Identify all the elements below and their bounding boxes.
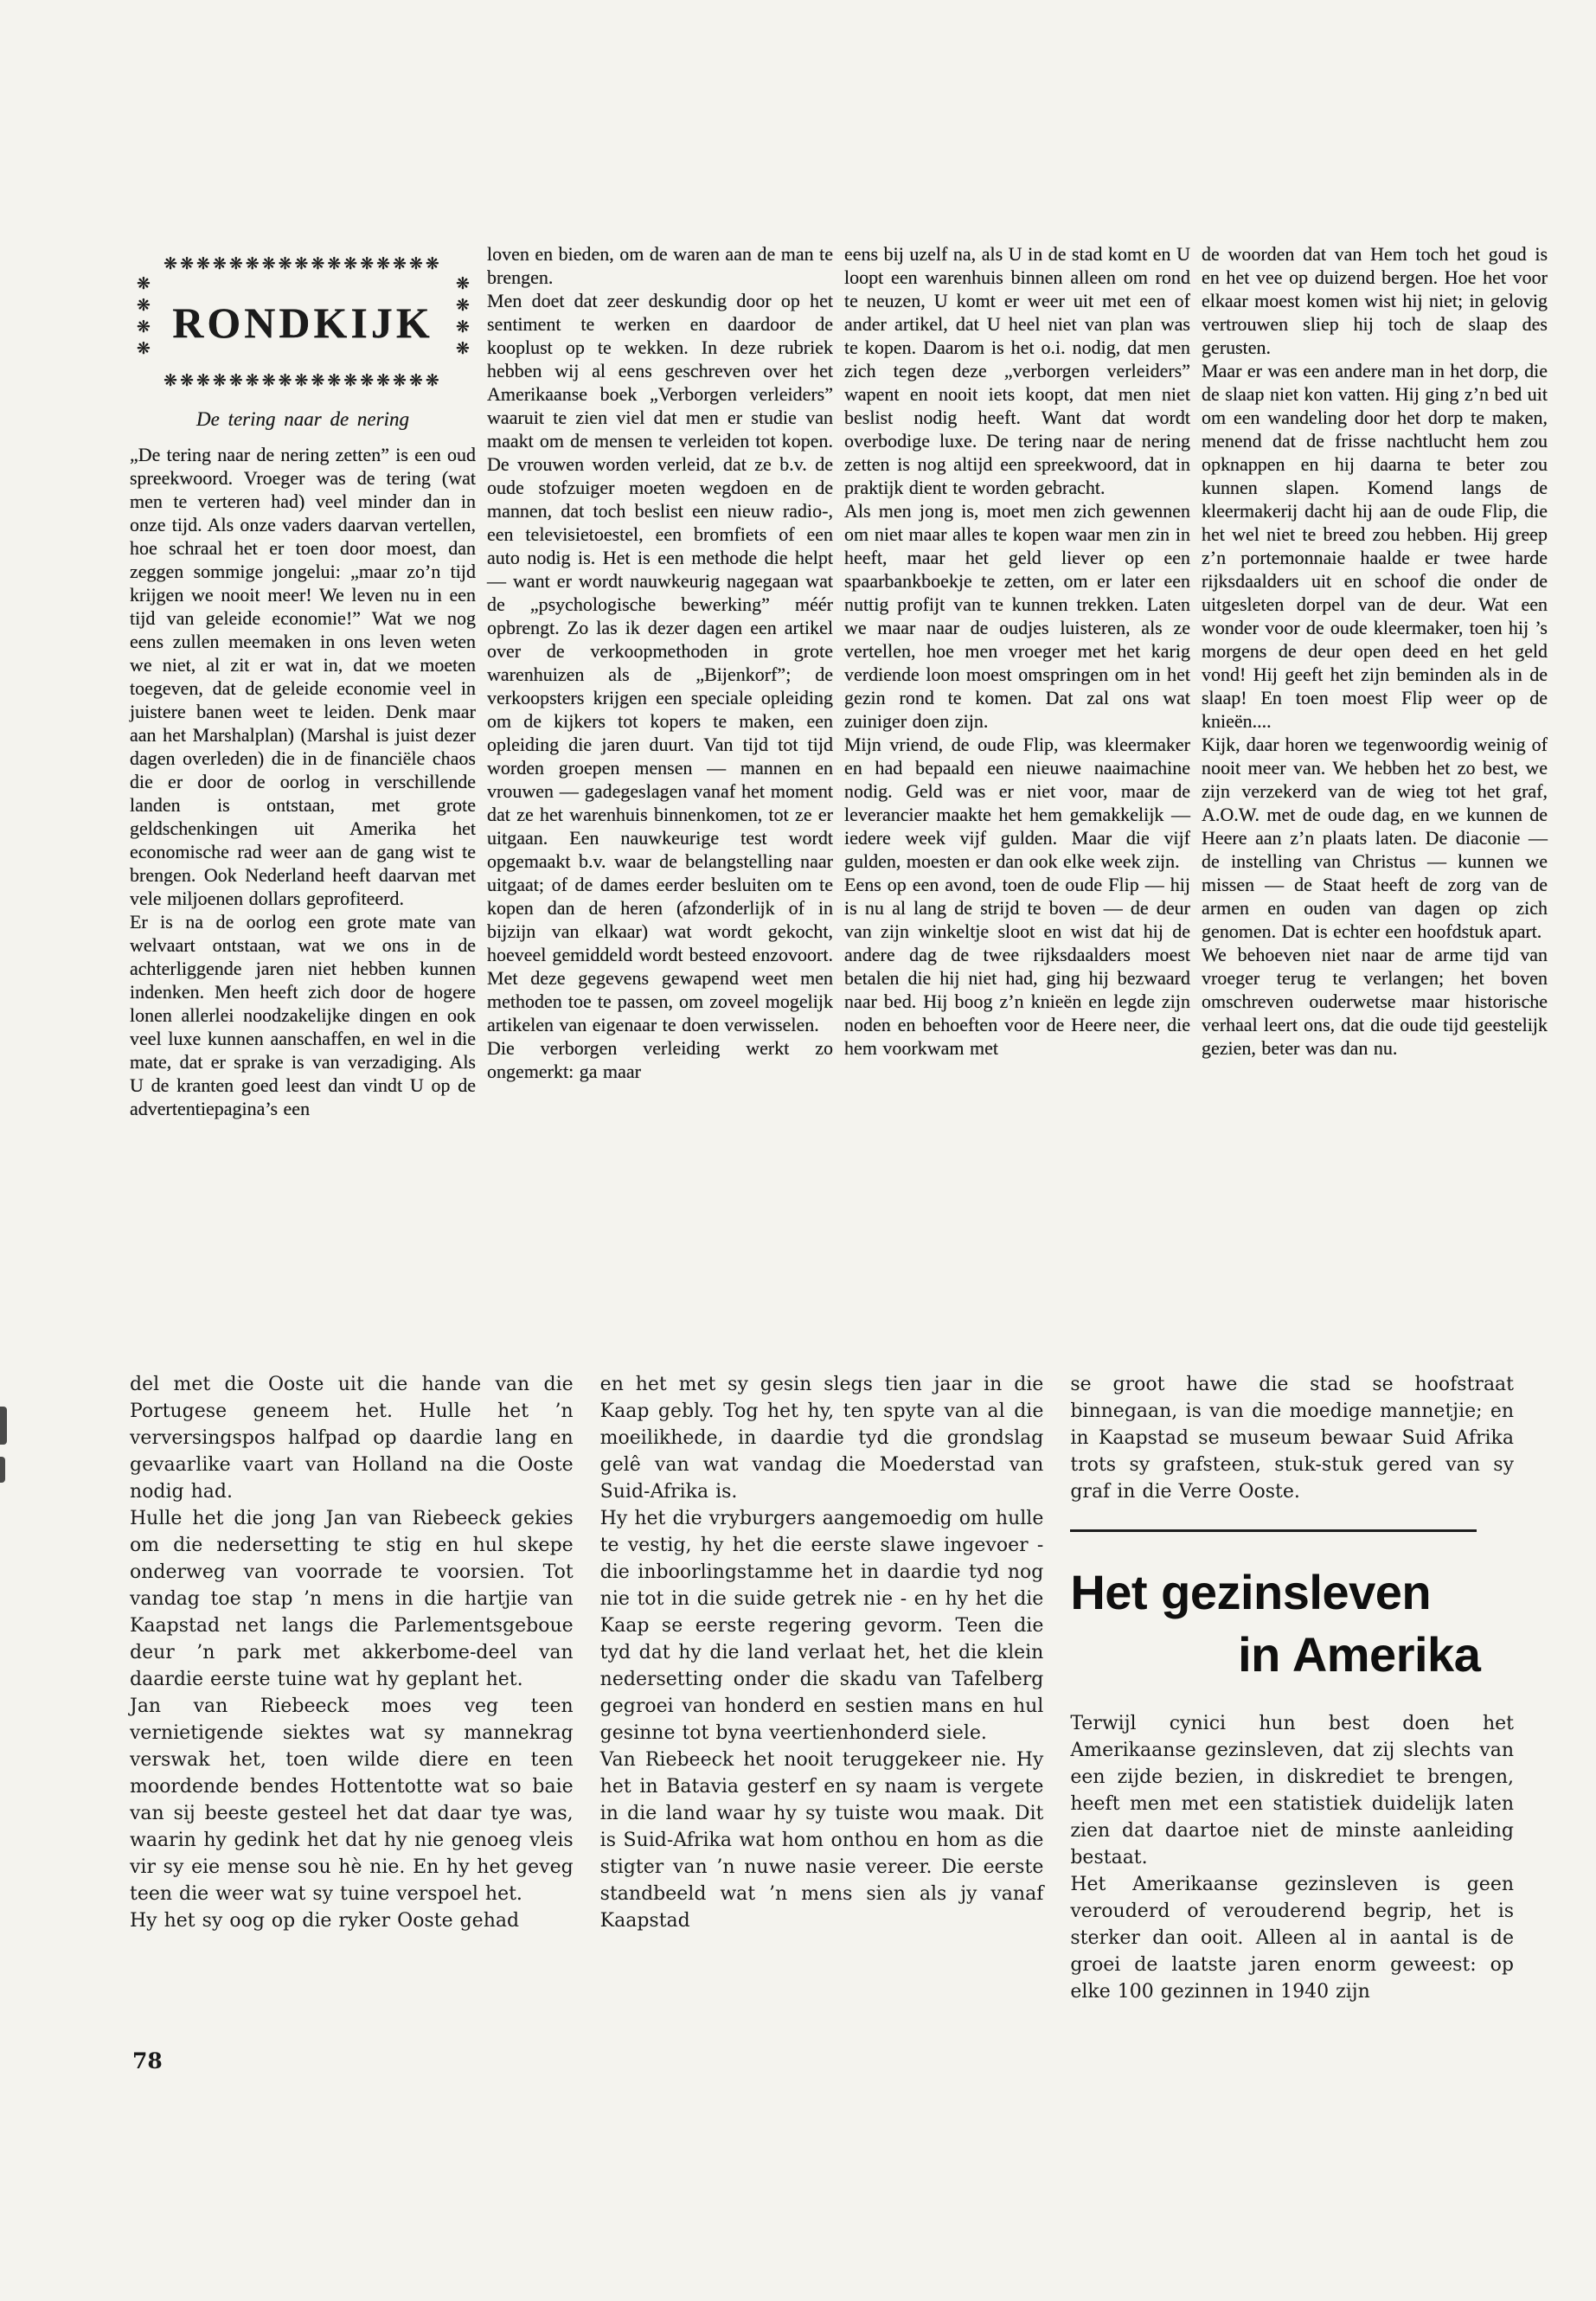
ornament-border-top-icon: ❋❋❋❋❋❋❋❋❋❋❋❋❋❋❋❋❋ <box>133 254 472 274</box>
paragraph: en het met sy gesin slegs tien jaar in d… <box>600 1371 1044 1505</box>
article-column-2: loven en bieden, om de waren aan de man … <box>487 242 833 1120</box>
paragraph: Hy het sy oog op die ryker Ooste gehad <box>130 1907 574 1934</box>
paragraph: Die verborgen verleiding werkt zo ongeme… <box>487 1036 833 1083</box>
paragraph: del met die Ooste uit die hande van die … <box>130 1371 574 1505</box>
paragraph: Terwijl cynici hun best doen het Amerika… <box>1070 1710 1514 1871</box>
paragraph: Het Amerikaanse gezinsleven is geen vero… <box>1070 1871 1514 2005</box>
section-divider <box>1070 1529 1477 1532</box>
article-column-3: eens bij uzelf na, als U in de stad komt… <box>844 242 1190 1120</box>
article-column-1: ❋❋❋❋❋❋❋❋❋❋❋❋❋❋❋❋❋ ❋❋❋❋ RONDKIJK ❋❋❋❋ ❋❋❋… <box>130 242 476 1120</box>
riebeeck-column-3: se groot hawe die stad se hoofstraat bin… <box>1070 1371 1514 2005</box>
paragraph: Eens op een avond, toen de oude Flip — h… <box>844 873 1190 1060</box>
paragraph: Maar er was een andere man in het dorp, … <box>1202 359 1548 733</box>
paragraph: Van Riebeeck het nooit teruggekeer nie. … <box>600 1747 1044 1934</box>
paragraph: Mijn vriend, de oude Flip, was kleermake… <box>844 733 1190 873</box>
article-subtitle: De tering naar de nering <box>130 408 476 431</box>
ornament-border-bottom-icon: ❋❋❋❋❋❋❋❋❋❋❋❋❋❋❋❋❋ <box>133 371 472 391</box>
ornament-border-left-icon: ❋❋❋❋ <box>133 274 153 371</box>
page-number: 78 <box>132 2048 163 2073</box>
paragraph: se groot hawe die stad se hoofstraat bin… <box>1070 1371 1514 1505</box>
scan-artifact <box>0 1457 5 1483</box>
rondkijk-header-box: ❋❋❋❋❋❋❋❋❋❋❋❋❋❋❋❋❋ ❋❋❋❋ RONDKIJK ❋❋❋❋ ❋❋❋… <box>130 253 476 393</box>
article-title-line-1: Het gezinsleven <box>1070 1561 1480 1624</box>
paragraph: Jan van Riebeeck moes veg teen vernietig… <box>130 1693 574 1907</box>
paragraph: „De tering naar de nering zetten” is een… <box>130 443 476 910</box>
section-title: RONDKIJK <box>153 311 452 335</box>
paragraph: Hulle het die jong Jan van Riebeeck geki… <box>130 1505 574 1693</box>
gezinsleven-article: Terwijl cynici hun best doen het Amerika… <box>1070 1710 1514 2005</box>
bottom-section: del met die Ooste uit die hande van die … <box>130 1371 1514 2005</box>
paragraph: eens bij uzelf na, als U in de stad komt… <box>844 242 1190 499</box>
ornament-border-right-icon: ❋❋❋❋ <box>452 274 472 371</box>
scan-artifact <box>0 1407 7 1445</box>
rondkijk-article: ❋❋❋❋❋❋❋❋❋❋❋❋❋❋❋❋❋ ❋❋❋❋ RONDKIJK ❋❋❋❋ ❋❋❋… <box>130 242 1550 1120</box>
paragraph: We behoeven niet naar de arme tijd van v… <box>1202 943 1548 1060</box>
paragraph: loven en bieden, om de waren aan de man … <box>487 242 833 289</box>
article-title: Het gezinsleven in Amerika <box>1070 1561 1480 1686</box>
article-title-line-2: in Amerika <box>1070 1624 1480 1686</box>
article-column-4: de woorden dat van Hem toch het goud is … <box>1202 242 1548 1120</box>
riebeeck-column-2: en het met sy gesin slegs tien jaar in d… <box>600 1371 1044 2005</box>
paragraph: de woorden dat van Hem toch het goud is … <box>1202 242 1548 359</box>
scanned-magazine-page: { "colors": { "paper": "#f4f3ee", "ink":… <box>0 0 1596 2301</box>
paragraph: Als men jong is, moet men zich gewennen … <box>844 499 1190 733</box>
paragraph: Er is na de oorlog een grote mate van we… <box>130 910 476 1120</box>
paragraph: Kijk, daar horen we tegenwoordig weinig … <box>1202 733 1548 943</box>
paragraph: Men doet dat zeer deskundig door op het … <box>487 289 833 1036</box>
rondkijk-header-middle: ❋❋❋❋ RONDKIJK ❋❋❋❋ <box>133 274 472 371</box>
riebeeck-column-1: del met die Ooste uit die hande van die … <box>130 1371 574 2005</box>
paragraph: Hy het die vryburgers aangemoedig om hul… <box>600 1505 1044 1747</box>
